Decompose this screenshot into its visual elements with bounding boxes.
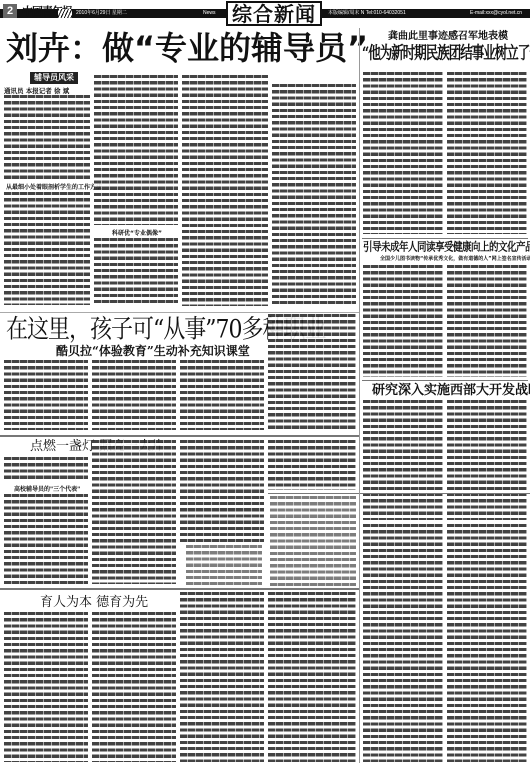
right-mid-subhead: 全国少儿图书读物“传承优秀文化，做有道德的人”网上签名宣传活动 <box>380 257 530 262</box>
right-top-kicker: 龚曲此里事迹感召军地表模 <box>388 32 508 42</box>
lead-body-col2 <box>94 75 178 225</box>
edu-body-col2 <box>92 612 176 762</box>
divider <box>362 238 528 239</box>
lead-body-col1a <box>4 95 90 179</box>
light-body-col4 <box>268 440 356 490</box>
education-headline: 育人为本 德育为先 <box>40 596 148 609</box>
divider <box>0 312 360 313</box>
right-bottom-body-col2 <box>447 524 527 762</box>
career-body-col4 <box>268 314 356 430</box>
lead-body-col2b <box>94 238 178 306</box>
right-lower-body-col1 <box>363 400 443 520</box>
date-line: 2010年6月29日 星期二 <box>76 9 127 18</box>
right-mid-body-col1 <box>363 265 443 377</box>
lead-body-col1b <box>4 192 90 305</box>
right-top-body-col1 <box>363 72 443 234</box>
right-top-headline: “他为新时期民族团结事业树立了一座丰碑” <box>362 45 530 62</box>
light-body-col2 <box>92 440 176 584</box>
right-top-body-col2 <box>447 72 527 234</box>
light-body-col3 <box>180 440 264 542</box>
page-number: 2 <box>3 4 17 18</box>
light-quote-col4 <box>270 496 356 586</box>
column-divider <box>359 28 360 312</box>
right-mid-headline: 引导未成年人同读享受健康向上的文化产品 <box>363 242 530 253</box>
column-label: 辅导员风采 <box>30 72 78 84</box>
lead-headline: 刘卉：做“专业的辅导员” <box>6 32 368 64</box>
edu-body-col4 <box>268 592 356 762</box>
edu-body-col1 <box>4 612 88 762</box>
right-mid-body-col2 <box>447 265 527 377</box>
divider <box>0 435 360 437</box>
email-line: E-mail:xxx@cyol.net.cn <box>470 9 522 18</box>
right-lower-body-col2 <box>447 400 527 520</box>
career-body-col2 <box>92 360 176 430</box>
right-lower-headline: 研究深入实施西部大开发战略 <box>372 384 530 397</box>
divider <box>362 380 528 381</box>
light-body-col1a <box>4 457 88 481</box>
divider <box>268 493 530 494</box>
right-bottom-body-col1 <box>363 524 443 762</box>
editor-line: 本版编辑/周末 N Tel:010-64032051 <box>328 9 406 18</box>
career-body-col1 <box>4 360 88 430</box>
news-label: News <box>203 9 216 18</box>
lead-subhead-2: 科研优“专业偶像” <box>112 228 162 237</box>
light-quote-col3 <box>186 545 262 585</box>
section-title: 综合新闻 <box>226 1 322 26</box>
lead-body-col4 <box>272 84 356 306</box>
edu-body-col3 <box>180 592 264 762</box>
column-divider <box>359 312 360 763</box>
lead-subhead-1: 从最细小处着眼剖析学生的工作方法 <box>6 182 102 191</box>
light-subhead: 高校辅导员的"三个代表" <box>14 484 80 493</box>
lead-body-col3 <box>182 75 268 306</box>
light-body-col1b <box>4 494 88 584</box>
career-body-col3 <box>180 360 264 430</box>
hatch-decoration <box>58 9 72 18</box>
career-subhead: 酷贝拉“体验教育”生动补充知识课堂 <box>56 345 250 357</box>
lead-byline: 通讯员 本报记者 徐 斌 <box>4 86 69 95</box>
divider <box>0 588 360 590</box>
